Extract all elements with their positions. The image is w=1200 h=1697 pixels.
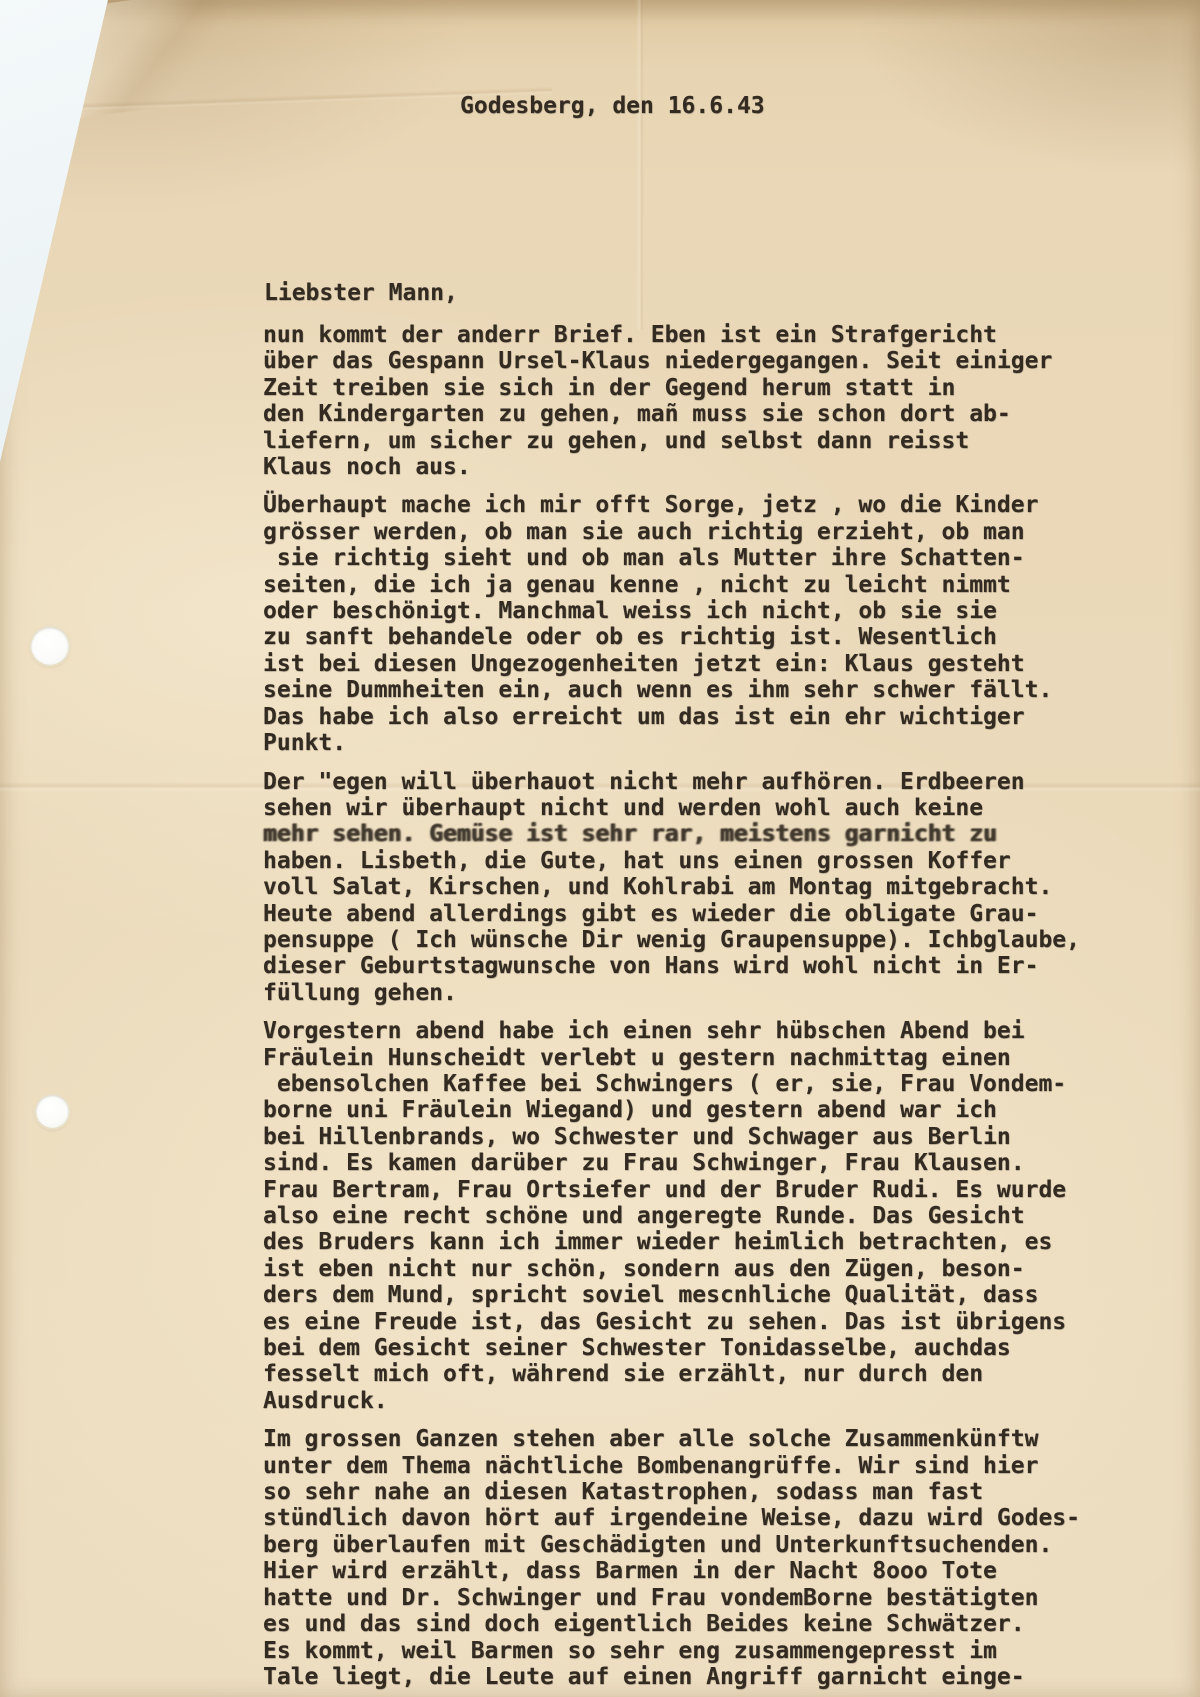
letter-line: Klaus noch aus. (263, 454, 1108, 480)
letter-line: seine Dummheiten ein, auch wenn es ihm s… (263, 677, 1108, 703)
paragraph: Vorgestern abend habe ich einen sehr hüb… (263, 1018, 1108, 1414)
paragraph: nun kommt der anderr Brief. Eben ist ein… (263, 322, 1108, 480)
letter-line: stündlich davon hört auf irgendeine Weis… (263, 1505, 1108, 1531)
letter-line: so sehr nahe an diesen Katastrophen, sod… (263, 1479, 1108, 1505)
letter-line: füllung gehen. (263, 980, 1108, 1006)
letter-line: unter dem Thema nächtliche Bombenangrüff… (263, 1453, 1108, 1479)
paragraph: Im grossen Ganzen stehen aber alle solch… (263, 1426, 1108, 1690)
letter-line: liefern, um sicher zu gehen, und selbst … (263, 428, 1108, 454)
punch-hole-top (31, 627, 69, 665)
letter-line: Ausdruck. (263, 1388, 1108, 1414)
letter-line: Es kommt, weil Barmen so sehr eng zusamm… (263, 1638, 1108, 1664)
paper-crease (636, 0, 644, 330)
punch-hole-bottom (36, 1095, 69, 1128)
letter-line: pensuppe ( Ich wünsche Dir wenig Graupen… (263, 927, 1108, 953)
letter-line: bei Hillenbrands, wo Schwester und Schwa… (263, 1124, 1108, 1150)
paragraph: Überhaupt mache ich mir offt Sorge, jetz… (263, 492, 1108, 756)
letter-line: Tale liegt, die Leute auf einen Angriff … (263, 1664, 1108, 1690)
paragraph: Der "egen will überhauot nicht mehr aufh… (263, 769, 1108, 1007)
letter-line: hatte und Dr. Schwinger und Frau vondemB… (263, 1585, 1108, 1611)
letter-line: sie richtig sieht und ob man als Mutter … (263, 545, 1108, 571)
letter-line: bei dem Gesicht seiner Schwester Tonidas… (263, 1335, 1108, 1361)
letter-line: über das Gespann Ursel-Klaus niedergegan… (263, 348, 1108, 374)
letter-line: des Bruders kann ich immer wieder heimli… (263, 1229, 1108, 1255)
letter-line: Fräulein Hunscheidt verlebt u gestern na… (263, 1045, 1108, 1071)
letter-line: fesselt mich oft, während sie erzählt, n… (263, 1361, 1108, 1387)
letter-line: Das habe ich also erreicht um das ist ei… (263, 704, 1108, 730)
paper-sheet: Godesberg, den 16.6.43 Liebster Mann, nu… (0, 0, 1200, 1697)
letter-line: haben. Lisbeth, die Gute, hat uns einen … (263, 848, 1108, 874)
letter-line: ders dem Mund, spricht soviel mescnhlich… (263, 1282, 1108, 1308)
letter-body: nun kommt der anderr Brief. Eben ist ein… (263, 322, 1108, 1697)
letter-line: Im grossen Ganzen stehen aber alle solch… (263, 1426, 1108, 1452)
letter-line: seiten, die ich ja genau kenne , nicht z… (263, 572, 1108, 598)
letter-line: dieser Geburtstagwunsche von Hans wird w… (263, 953, 1108, 979)
letter-line: Vorgestern abend habe ich einen sehr hüb… (263, 1018, 1108, 1044)
salutation: Liebster Mann, (264, 280, 458, 306)
letter-line: sind. Es kamen darüber zu Frau Schwinger… (263, 1150, 1108, 1176)
letter-line: ist eben nicht nur schön, sondern aus de… (263, 1256, 1108, 1282)
letter-line: Frau Bertram, Frau Ortsiefer und der Bru… (263, 1177, 1108, 1203)
dateline: Godesberg, den 16.6.43 (460, 93, 765, 119)
letter-line: berg überlaufen mit Geschädigten und Unt… (263, 1532, 1108, 1558)
letter-line: oder beschönigt. Manchmal weiss ich nich… (263, 598, 1108, 624)
letter-line: Punkt. (263, 730, 1108, 756)
letter-line: sehen wir überhaupt nicht und werden woh… (263, 795, 1108, 821)
letter-line: voll Salat, Kirschen, und Kohlrabi am Mo… (263, 874, 1108, 900)
letter-line: Überhaupt mache ich mir offt Sorge, jetz… (263, 492, 1108, 518)
letter-line: Zeit treiben sie sich in der Gegend heru… (263, 375, 1108, 401)
letter-line: den Kindergarten zu gehen, mañ muss sie … (263, 401, 1108, 427)
letter-line: also eine recht schöne und angeregte Run… (263, 1203, 1108, 1229)
scanned-letter-page: Godesberg, den 16.6.43 Liebster Mann, nu… (0, 0, 1200, 1697)
letter-line: borne uni Fräulein Wiegand) und gestern … (263, 1097, 1108, 1123)
letter-line: es und das sind doch eigentlich Beides k… (263, 1611, 1108, 1637)
letter-line: mehr sehen. Gemüse ist sehr rar, meisten… (263, 821, 1108, 847)
letter-line: nun kommt der anderr Brief. Eben ist ein… (263, 322, 1108, 348)
letter-line: Der "egen will überhauot nicht mehr aufh… (263, 769, 1108, 795)
letter-line: Hier wird erzählt, dass Barmen in der Na… (263, 1558, 1108, 1584)
letter-line: grösser werden, ob man sie auch richtig … (263, 519, 1108, 545)
letter-line: ebensolchen Kaffee bei Schwingers ( er, … (263, 1071, 1108, 1097)
letter-line: es eine Freude ist, das Gesicht zu sehen… (263, 1309, 1108, 1335)
letter-line: Heute abend allerdings gibt es wieder di… (263, 901, 1108, 927)
letter-line: zu sanft behandele oder ob es richtig is… (263, 624, 1108, 650)
letter-line: ist bei diesen Ungezogenheiten jetzt ein… (263, 651, 1108, 677)
